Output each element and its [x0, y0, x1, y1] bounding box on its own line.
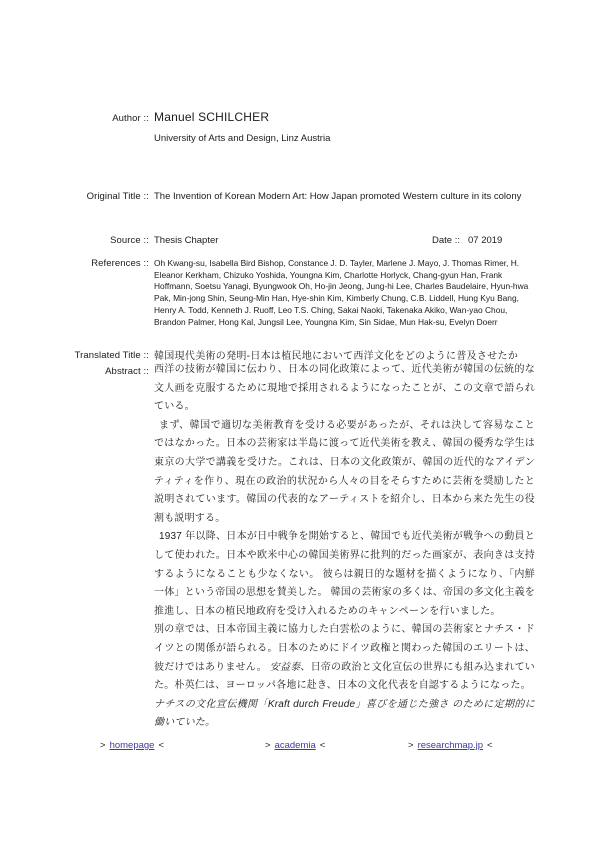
abstract-paragraph-5: ナチスの文化宣伝機関「Kraft durch Freude」喜びを通じた強さ の… [154, 696, 535, 733]
angle-bracket-open: > [100, 740, 106, 751]
document-page: Author :: Manuel SCHILCHER University of… [0, 0, 595, 842]
abstract-paragraph-1: 西洋の技術が韓国に伝わり、日本の同化政策によって、近代美術が韓国の伝統的な文人画… [154, 361, 535, 417]
author-label: Author :: [40, 113, 149, 124]
angle-bracket-open: > [265, 740, 271, 751]
original-title-value: The Invention of Korean Modern Art: How … [154, 190, 532, 204]
source-label: Source :: [40, 235, 149, 246]
author-name: Manuel SCHILCHER [154, 110, 532, 124]
footer-link-group-homepage: >homepage< [100, 740, 164, 751]
angle-bracket-close: < [158, 740, 164, 751]
author-affiliation: University of Arts and Design, Linz Aust… [154, 133, 532, 144]
date-value: 07 2019 [468, 235, 502, 246]
abstract-paragraph-4-italic-name: 安益泰 [270, 662, 301, 673]
footer-link-group-academia: >academia< [265, 740, 325, 751]
translated-title-label: Translated Title :: [40, 350, 149, 361]
translated-title-value: 韓国現代美術の発明-日本は植民地において西洋文化をどのように普及させたか [154, 347, 532, 362]
references-list: Oh Kwang-su, Isabella Bird Bishop, Const… [154, 258, 536, 328]
abstract-label: Abstract :: [40, 366, 149, 377]
footer-link-group-researchmap: >researchmap.jp< [408, 740, 493, 751]
angle-bracket-close: < [320, 740, 326, 751]
references-label: References :: [40, 258, 149, 269]
original-title-label: Original Title :: [40, 191, 149, 202]
abstract-paragraph-4: 別の章では、日本帝国主義に協力した白雲松のように、韓国の芸術家とナチス・ドイツと… [154, 621, 535, 695]
abstract-paragraph-3: 1937 年以降、日本が日中戦争を開始すると、韓国でも近代美術が戦争への動員とし… [154, 528, 535, 621]
abstract-paragraph-2: まず、韓国で適切な美術教育を受ける必要があったが、それは決して容易なことではなか… [154, 417, 535, 529]
angle-bracket-close: < [487, 740, 493, 751]
homepage-link[interactable]: homepage [110, 740, 155, 751]
angle-bracket-open: > [408, 740, 414, 751]
researchmap-link[interactable]: researchmap.jp [418, 740, 483, 751]
date-label: Date :: [398, 235, 460, 246]
abstract-text: 西洋の技術が韓国に伝わり、日本の同化政策によって、近代美術が韓国の伝統的な文人画… [154, 361, 535, 733]
academia-link[interactable]: academia [275, 740, 316, 751]
